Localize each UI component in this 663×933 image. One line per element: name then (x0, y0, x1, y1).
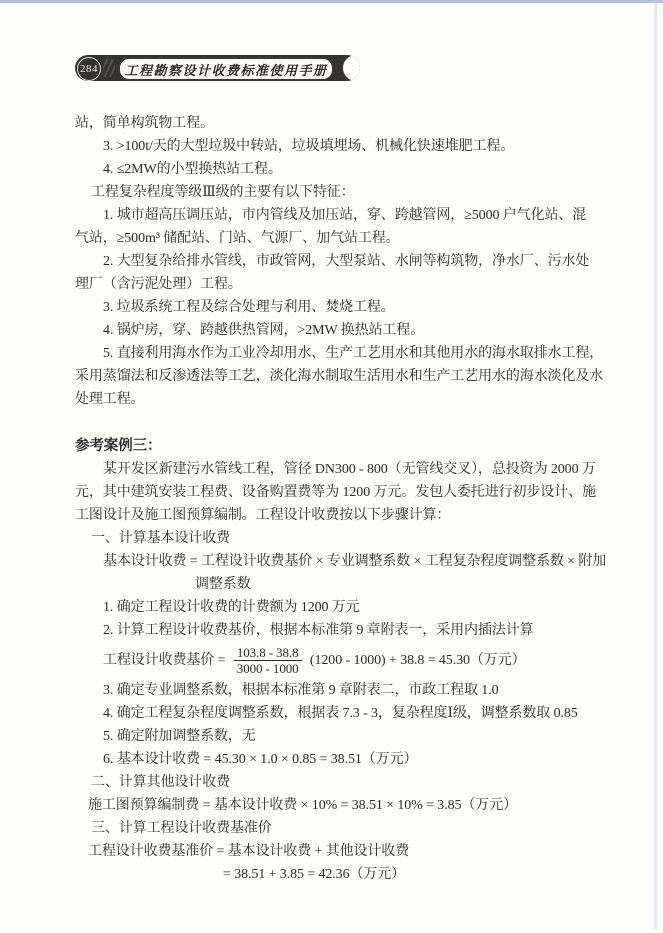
page-number: 284 (80, 63, 98, 75)
text-line: 工程设计收费基准价 = 基本设计收费 + 其他设计收费 (88, 840, 620, 863)
text-line: 气站，≥500m³ 储配站、门站、气源厂、加气站工程。 (75, 227, 620, 250)
text-line: 3. 垃圾系统工程及综合处理与利用、焚烧工程。 (103, 296, 620, 319)
text-line: 1. 城市超高压调压站，市内管线及加压站，穿、跨越管网，≥5000 户气化站、混 (103, 204, 620, 227)
formula-line: 工程设计收费基价 = 103.8 - 38.83000 - 1000 (1200… (103, 642, 620, 679)
content-area: 站，简单构筑物工程。3. >100t/天的大型垃圾中转站，垃圾填埋场、机械化快速… (75, 112, 620, 886)
banner-crescent-notch (343, 55, 360, 81)
text-line: 二、计算其他设计收费 (91, 771, 620, 794)
text-line: 2. 大型复杂给排水管线，市政管网，大型泵站、水闸等构筑物，净水厂、污水处 (103, 250, 620, 273)
formula-suffix: (1200 - 1000) + 38.8 = 45.30（万元） (307, 649, 526, 672)
text-line: 调整系数 (195, 573, 620, 596)
book-title: 工程勘察设计收费标准使用手册 (124, 60, 327, 79)
header-banner: 284 工程勘察设计收费标准使用手册 (75, 55, 360, 81)
page-number-badge: 284 (77, 57, 101, 81)
text-line: 一、计算基本设计收费 (91, 527, 620, 550)
text-line: = 38.51 + 3.85 = 42.36（万元） (223, 863, 620, 886)
text-line: 1. 确定工程设计收费的计费额为 1200 万元 (103, 596, 620, 619)
page-edge-shadow (654, 3, 657, 929)
text-line: 5. 直接利用海水作为工业冷却用水、生产工艺用水和其他用水的海水取排水工程， (103, 342, 620, 365)
fraction-denominator: 3000 - 1000 (234, 661, 302, 676)
text-line: 基本设计收费 = 工程设计收费基价 × 专业调整系数 × 工程复杂程度调整系数 … (103, 550, 620, 573)
top-edge-rule (0, 0, 663, 3)
text-line: 处理工程。 (75, 388, 620, 411)
text-line: 5. 确定附加调整系数，无 (103, 725, 620, 748)
text-line: 4. ≤2MW的小型换热站工程。 (103, 158, 620, 181)
text-line: 参考案例三： (75, 435, 620, 458)
scanned-book-page: 284 工程勘察设计收费标准使用手册 站，简单构筑物工程。3. >100t/天的… (0, 0, 663, 933)
text-line: 3. >100t/天的大型垃圾中转站，垃圾填埋场、机械化快速堆肥工程。 (103, 135, 620, 158)
fraction: 103.8 - 38.83000 - 1000 (234, 645, 302, 676)
text-line: 工程复杂程度等级Ⅲ级的主要有以下特征： (91, 181, 620, 204)
text-line: 工图设计及施工图预算编制。工程设计收费按以下步骤计算： (75, 504, 620, 527)
text-line: 三、计算工程设计收费基准价 (91, 817, 620, 840)
text-line: 某开发区新建污水管线工程，管径 DN300 - 800（无管线交叉），总投资为 … (103, 458, 620, 481)
text-line: 施工图预算编制费 = 基本设计收费 × 10% = 38.51 × 10% = … (88, 794, 620, 817)
fraction-numerator: 103.8 - 38.8 (234, 645, 302, 661)
text-line: 6. 基本设计收费 = 45.30 × 1.0 × 0.85 = 38.51（万… (103, 748, 620, 771)
book-title-box: 工程勘察设计收费标准使用手册 (118, 57, 334, 81)
text-line: 4. 锅炉房，穿、跨越供热管网，>2MW 换热站工程。 (103, 319, 620, 342)
text-line: 采用蒸馏法和反渗透法等工艺，淡化海水制取生活用水和生产工艺用水的海水淡化及水 (75, 365, 620, 388)
text-line: 2. 计算工程设计收费基价，根据本标准第 9 章附表一，采用内插法计算 (103, 619, 620, 642)
text-line: 3. 确定专业调整系数，根据本标准第 9 章附表二，市政工程取 1.0 (103, 679, 620, 702)
text-line: 4. 确定工程复杂程度调整系数，根据表 7.3 - 3，复杂程度Ⅰ级，调整系数取… (103, 702, 620, 725)
text-line: 站，简单构筑物工程。 (75, 112, 620, 135)
text-line: 理厂（含污泥处理）工程。 (75, 273, 620, 296)
formula-prefix: 工程设计收费基价 = (103, 649, 229, 672)
banner-decoration (103, 59, 115, 77)
text-line: 元，其中建筑安装工程费、设备购置费等为 1200 万元。发包人委托进行初步设计、… (75, 481, 620, 504)
